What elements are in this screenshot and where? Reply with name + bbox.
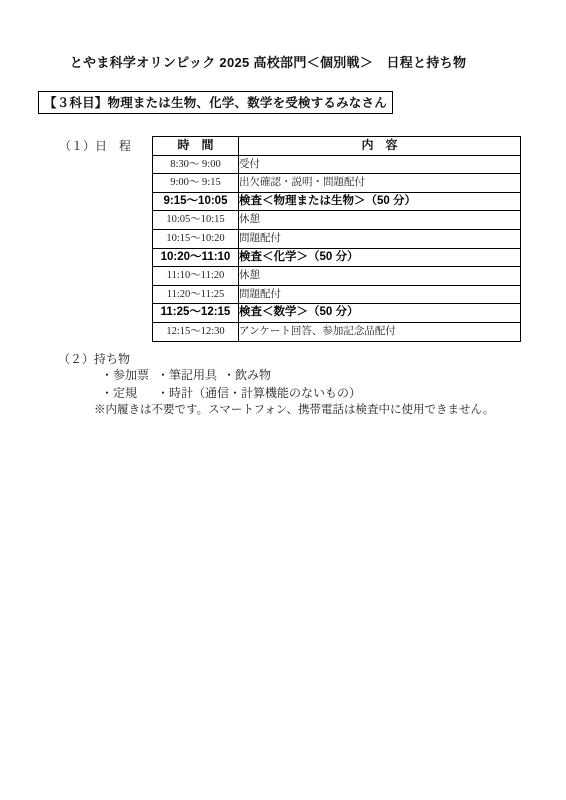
time-cell: 11:20～11:25 <box>153 285 239 304</box>
content-cell: 受付 <box>239 155 521 174</box>
content-cell: 検査＜化学＞（50 分） <box>239 248 521 267</box>
time-cell: 9:00～ 9:15 <box>153 174 239 193</box>
table-row-exam: 11:25～12:15 検査＜数学＞（50 分） <box>153 304 521 323</box>
time-cell: 12:15～12:30 <box>153 322 239 341</box>
time-cell: 11:10～11:20 <box>153 267 239 286</box>
section-header-box: 【３科目】物理または生物、化学、数学を受検するみなさん <box>38 91 393 114</box>
table-row-exam: 10:20～11:10 検査＜化学＞（50 分） <box>153 248 521 267</box>
belongings-item: ・飲み物 <box>223 366 271 383</box>
table-row-exam: 9:15～10:05 検査＜物理または生物＞（50 分） <box>153 192 521 211</box>
content-cell: アンケート回答、参加記念品配付 <box>239 322 521 341</box>
content-cell: 休憩 <box>239 267 521 286</box>
belongings-item: ・時計（通信・計算機能のないもの） <box>157 384 361 401</box>
belongings-section-label: （２）持ち物 <box>58 350 130 367</box>
table-row: 11:10～11:20 休憩 <box>153 267 521 286</box>
table-header-row: 時 間 内 容 <box>153 137 521 156</box>
belongings-item: ・筆記用具 <box>157 366 220 383</box>
time-cell: 11:25～12:15 <box>153 304 239 323</box>
table-row: 12:15～12:30 アンケート回答、参加記念品配付 <box>153 322 521 341</box>
schedule-table: 時 間 内 容 8:30～ 9:00 受付 9:00～ 9:15 出欠確認・説明… <box>152 136 521 342</box>
content-cell: 問題配付 <box>239 285 521 304</box>
content-cell: 休憩 <box>239 211 521 230</box>
time-cell: 10:05～10:15 <box>153 211 239 230</box>
table-row: 8:30～ 9:00 受付 <box>153 155 521 174</box>
document-page: とやま科学オリンピック 2025 高校部門＜個別戦＞ 日程と持ち物 【３科目】物… <box>0 0 566 800</box>
table-row: 9:00～ 9:15 出欠確認・説明・問題配付 <box>153 174 521 193</box>
content-cell: 検査＜数学＞（50 分） <box>239 304 521 323</box>
table-row: 10:15～10:20 問題配付 <box>153 229 521 248</box>
table-header-content: 内 容 <box>239 137 521 156</box>
content-cell: 出欠確認・説明・問題配付 <box>239 174 521 193</box>
table-row: 11:20～11:25 問題配付 <box>153 285 521 304</box>
belongings-item: ・参加票 <box>101 366 154 383</box>
time-cell: 10:15～10:20 <box>153 229 239 248</box>
time-cell: 8:30～ 9:00 <box>153 155 239 174</box>
content-cell: 検査＜物理または生物＞（50 分） <box>239 192 521 211</box>
time-cell: 9:15～10:05 <box>153 192 239 211</box>
belongings-item: ・定規 <box>101 384 154 401</box>
content-cell: 問題配付 <box>239 229 521 248</box>
belongings-items-row2: ・定規 ・時計（通信・計算機能のないもの） <box>101 384 361 401</box>
table-header-time: 時 間 <box>153 137 239 156</box>
document-title: とやま科学オリンピック 2025 高校部門＜個別戦＞ 日程と持ち物 <box>0 52 536 71</box>
table-row: 10:05～10:15 休憩 <box>153 211 521 230</box>
belongings-note: ※内履きは不要です。スマートフォン、携帯電話は検査中に使用できません。 <box>94 401 494 417</box>
time-cell: 10:20～11:10 <box>153 248 239 267</box>
schedule-section-label: （１）日 程 <box>59 137 131 154</box>
belongings-items-row1: ・参加票 ・筆記用具 ・飲み物 <box>101 366 271 383</box>
